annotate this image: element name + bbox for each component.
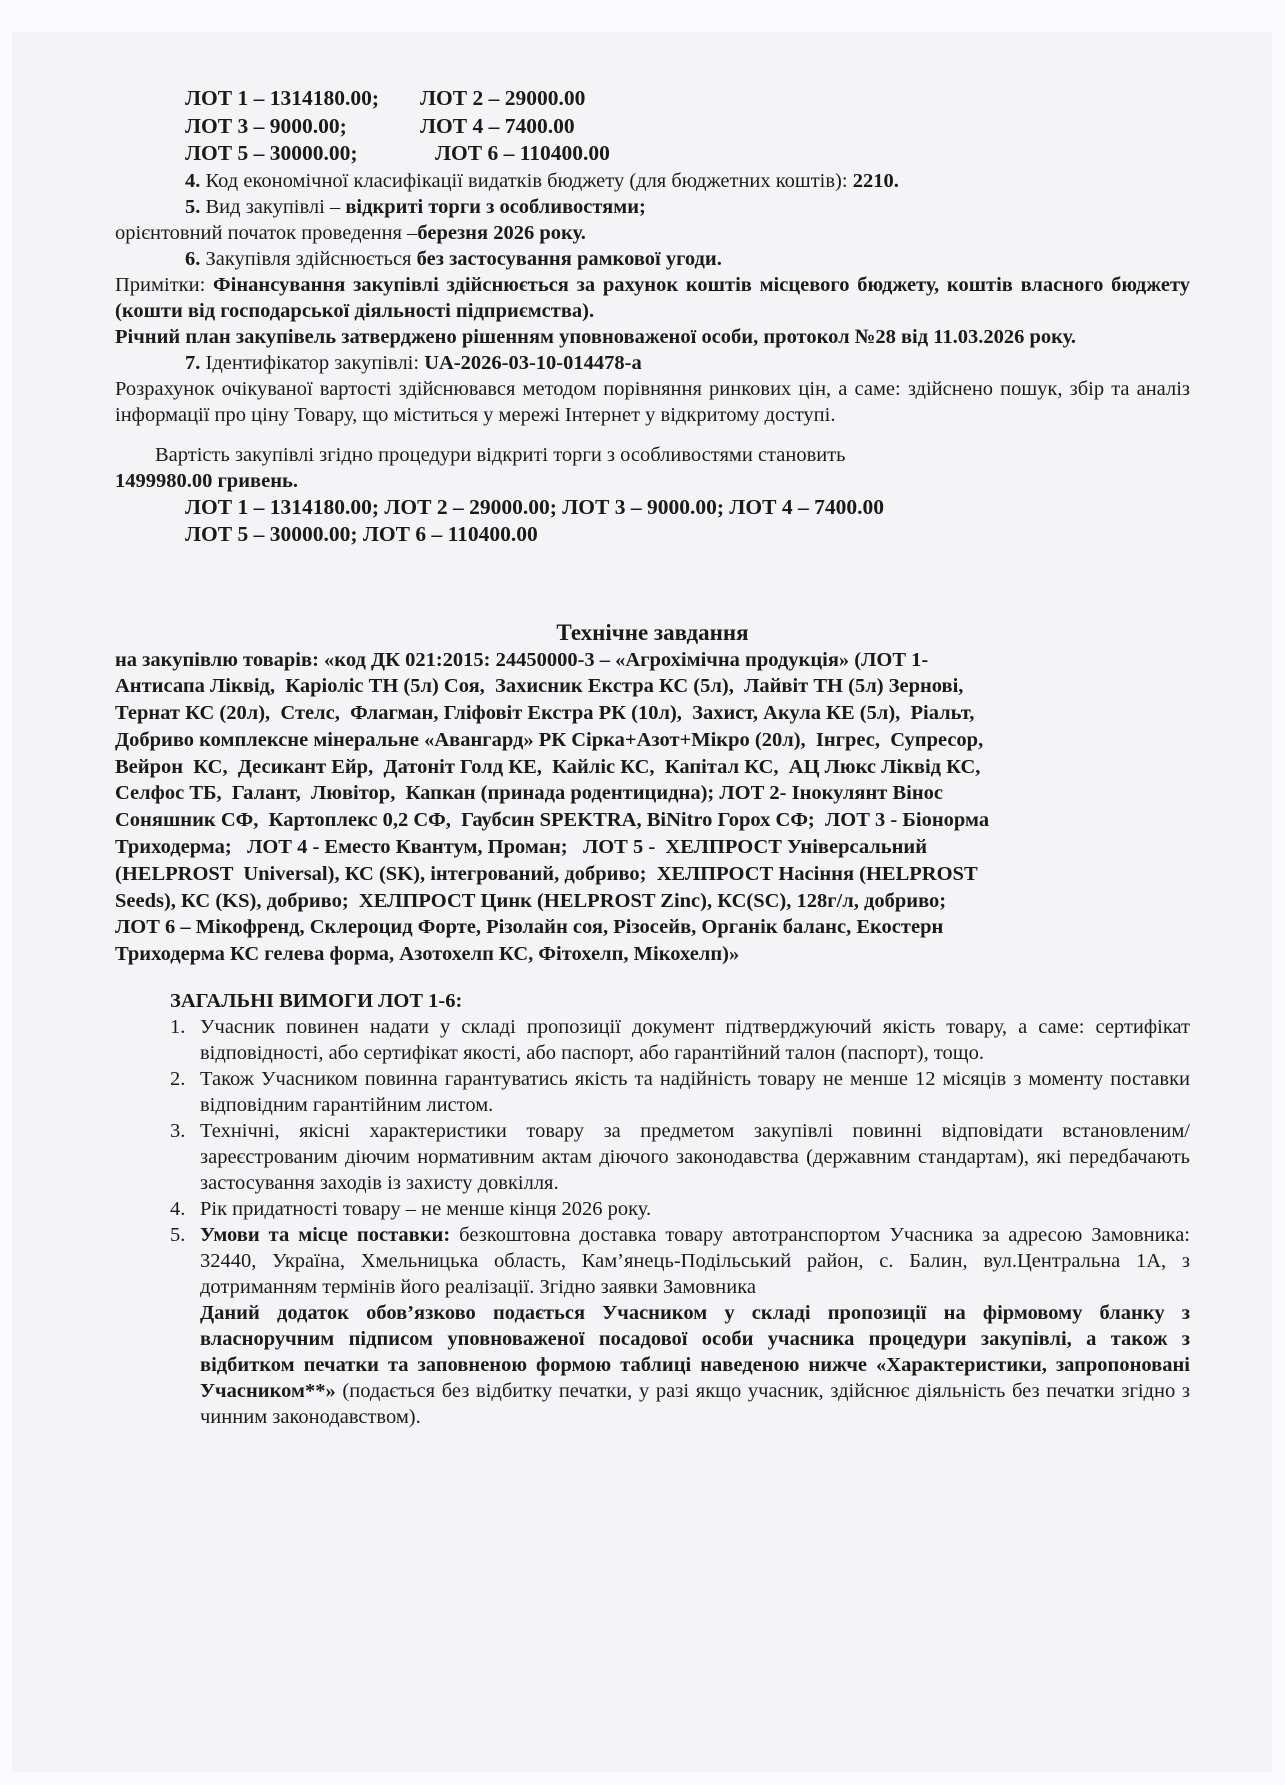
lot-row: ЛОТ 5 – 30000.00;ЛОТ 6 – 110400.00: [115, 140, 1190, 168]
lot-row: ЛОТ 1 – 1314180.00;ЛОТ 2 – 29000.00: [115, 85, 1190, 113]
technical-task-line: (HELPROST Universal), КС (SK), інтегрова…: [115, 861, 1190, 888]
technical-task-description: на закупівлю товарів: «код ДК 021:2015: …: [115, 647, 1190, 969]
procurement-cost: Вартість закупівлі згідно процедури відк…: [115, 442, 1190, 468]
lot-summary: ЛОТ 5 – 30000.00; ЛОТ 6 – 110400.00: [115, 521, 1190, 549]
general-requirements-title: ЗАГАЛЬНІ ВИМОГИ ЛОТ 1-6:: [115, 988, 1190, 1014]
procurement-cost-value: 1499980.00 гривень.: [115, 468, 1190, 494]
technical-task-title: Технічне завдання: [115, 619, 1190, 647]
requirement-item: 1.Учасник повинен надати у складі пропоз…: [170, 1014, 1190, 1066]
technical-task-line: Тернат КС (20л), Стелс, Флагман, Гліфові…: [115, 700, 1190, 727]
calculation-method: Розрахунок очікуваної вартості здійснюва…: [115, 376, 1190, 428]
item-5-procurement-type: 5. Вид закупівлі – відкриті торги з особ…: [115, 194, 1190, 220]
lot-summary: ЛОТ 1 – 1314180.00; ЛОТ 2 – 29000.00; ЛО…: [115, 494, 1190, 522]
item-6-framework: 6. Закупівля здійснюється без застосуван…: [115, 246, 1190, 272]
technical-task-line: Антисапа Ліквід, Каріоліс ТН (5л) Соя, З…: [115, 673, 1190, 700]
requirement-item: 2.Також Учасником повинна гарантуватись …: [170, 1066, 1190, 1118]
technical-task-line: Триходерма; ЛОТ 4 - Еместо Квантум, Пром…: [115, 834, 1190, 861]
annual-plan: Річний план закупівель затверджено рішен…: [115, 324, 1190, 350]
requirements-list: 1.Учасник повинен надати у складі пропоз…: [115, 1014, 1190, 1300]
requirement-item: 4.Рік придатності товару – не менше кінц…: [170, 1196, 1190, 1222]
item-4-budget-code: 4. Код економічної класифікації видатків…: [115, 168, 1190, 194]
technical-task-line: Seeds), КС (KS), добриво; ХЕЛПРОСТ Цинк …: [115, 888, 1190, 915]
item-7-identifier: 7. Ідентифікатор закупівлі: UA-2026-03-1…: [115, 350, 1190, 376]
technical-task-line: Добриво комплексне мінеральне «Авангард»…: [115, 727, 1190, 754]
procurement-start: орієнтовний початок проведення –березня …: [115, 220, 1190, 246]
technical-task-line: на закупівлю товарів: «код ДК 021:2015: …: [115, 647, 1190, 674]
technical-task-line: ЛОТ 6 – Мікофренд, Склероцид Форте, Різо…: [115, 914, 1190, 941]
submission-note: Даний додаток обов’язково подається Учас…: [170, 1300, 1190, 1430]
lot-row: ЛОТ 3 – 9000.00;ЛОТ 4 – 7400.00: [115, 113, 1190, 141]
requirement-item: 3.Технічні, якісні характеристики товару…: [170, 1118, 1190, 1196]
technical-task-line: Вейрон КС, Десикант Ейр, Датоніт Голд КЕ…: [115, 754, 1190, 781]
document-body: ЛОТ 1 – 1314180.00;ЛОТ 2 – 29000.00 ЛОТ …: [115, 85, 1190, 1430]
requirement-item: 5.Умови та місце поставки: безкоштовна д…: [170, 1222, 1190, 1300]
technical-task-line: Триходерма КС гелева форма, Азотохелп КС…: [115, 941, 1190, 968]
technical-task-line: Соняшник СФ, Картоплекс 0,2 СФ, Гаубсин …: [115, 807, 1190, 834]
notes: Примітки: Фінансування закупівлі здійсню…: [115, 272, 1190, 324]
technical-task-line: Селфос ТБ, Галант, Лювітор, Капкан (прин…: [115, 780, 1190, 807]
